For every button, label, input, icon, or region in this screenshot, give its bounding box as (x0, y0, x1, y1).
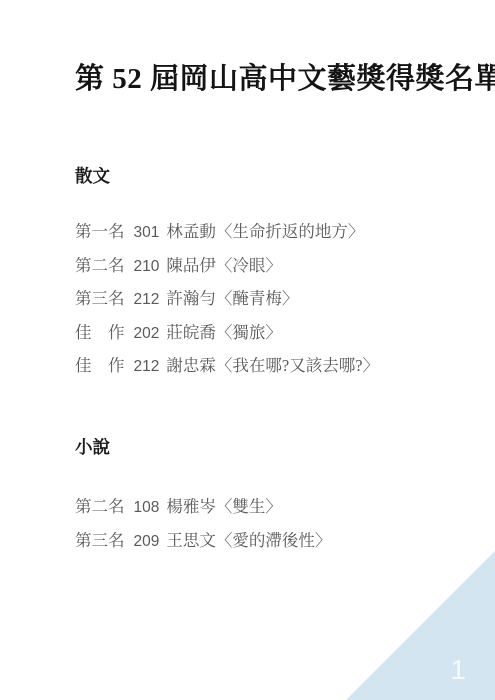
entry-work-title: 〈冷眼〉 (216, 256, 282, 275)
entry-author: 謝忠霖 (166, 356, 216, 375)
entry-work-title: 〈我在哪?又該去哪?〉 (216, 356, 379, 375)
entry-author: 王思文 (166, 531, 216, 550)
entry-work-title: 〈獨旅〉 (216, 323, 282, 342)
section-heading-fiction: 小說 (75, 434, 110, 459)
entry-rank: 第二名 (75, 497, 125, 516)
entry-work-title: 〈生命折返的地方〉 (216, 222, 365, 241)
entry-author: 楊雅岑 (166, 497, 216, 516)
entry-number: 209 (134, 533, 160, 550)
entry-rank: 第三名 (75, 289, 125, 308)
entry-author: 林孟動 (166, 222, 216, 241)
entry-number: 301 (134, 224, 160, 241)
section-heading-prose: 散文 (75, 163, 110, 188)
award-entry: 佳 作212謝忠霖〈我在哪?又該去哪?〉 (75, 349, 379, 383)
entry-rank: 佳 作 (75, 323, 125, 342)
document-page: 第 52 屆岡山高中文藝獎得獎名單 散文 第一名301林孟動〈生命折返的地方〉 … (0, 0, 495, 700)
entry-number: 202 (134, 325, 160, 342)
document-title: 第 52 屆岡山高中文藝獎得獎名單 (75, 56, 495, 97)
fiction-entries-list: 第二名108楊雅岑〈雙生〉 第三名209王思文〈愛的滯後性〉 (75, 490, 331, 557)
entry-work-title: 〈醃青梅〉 (216, 289, 299, 308)
page-number: 1 (450, 656, 466, 684)
entry-number: 212 (134, 291, 160, 308)
award-entry: 第一名301林孟動〈生命折返的地方〉 (75, 215, 379, 249)
award-entry: 第二名210陳品伊〈冷眼〉 (75, 249, 379, 283)
corner-accent-triangle (346, 551, 495, 700)
entry-number: 210 (134, 258, 160, 275)
prose-entries-list: 第一名301林孟動〈生命折返的地方〉 第二名210陳品伊〈冷眼〉 第三名212許… (75, 215, 379, 383)
award-entry: 第三名212許瀚勻〈醃青梅〉 (75, 282, 379, 316)
entry-work-title: 〈雙生〉 (216, 497, 282, 516)
award-entry: 佳 作202莊皖喬〈獨旅〉 (75, 316, 379, 350)
entry-author: 陳品伊 (166, 256, 216, 275)
entry-number: 212 (134, 358, 160, 375)
entry-work-title: 〈愛的滯後性〉 (216, 531, 332, 550)
entry-rank: 第三名 (75, 531, 125, 550)
entry-rank: 第二名 (75, 256, 125, 275)
entry-rank: 佳 作 (75, 356, 125, 375)
entry-number: 108 (134, 499, 160, 516)
award-entry: 第二名108楊雅岑〈雙生〉 (75, 490, 331, 524)
award-entry: 第三名209王思文〈愛的滯後性〉 (75, 524, 331, 558)
entry-rank: 第一名 (75, 222, 125, 241)
entry-author: 許瀚勻 (166, 289, 216, 308)
entry-author: 莊皖喬 (166, 323, 216, 342)
